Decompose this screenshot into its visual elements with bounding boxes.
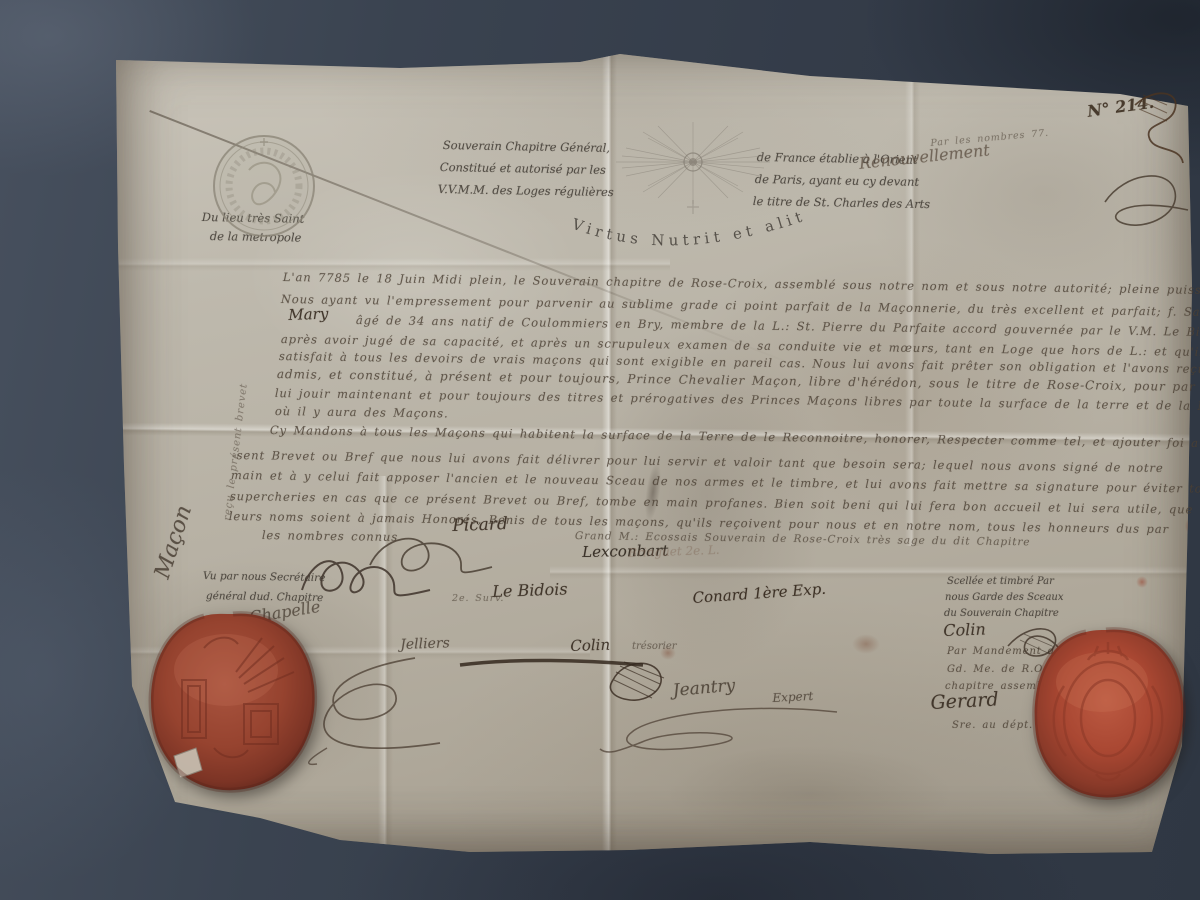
chapter-title-line1: Souverain Chapitre Général, [443,138,610,155]
motto-text: Virtus Nutrit et alit [569,207,809,250]
signature-colin-keeper: Colin [943,620,986,640]
svg-text:Virtus Nutrit et alit: Virtus Nutrit et alit [569,207,809,250]
candidate-name: Mary [288,305,329,324]
signature-flourish [1100,162,1195,244]
photo-of-document: Du lieu très Saint de la metropole Souve… [0,0,1200,900]
body-line: où il y aura des Maçons. [275,404,449,420]
signature-gerard: Gerard [930,688,999,714]
signature-flourish [592,697,847,763]
wax-seal-right [1030,626,1188,804]
sealed-note-line1: Scellée et timbré Par [947,576,1054,587]
embossed-stamp-icon [205,122,323,250]
colin-title: trésorier [632,641,677,652]
signature-le-bidois: Le Bidois [492,579,568,601]
sealed-note-line2: nous Garde des Sceaux [945,592,1063,603]
motto-arc: Virtus Nutrit et alit [553,166,913,286]
signature-flourish [292,548,437,610]
signature-flourish [455,656,650,672]
wax-seal-left [144,608,324,800]
